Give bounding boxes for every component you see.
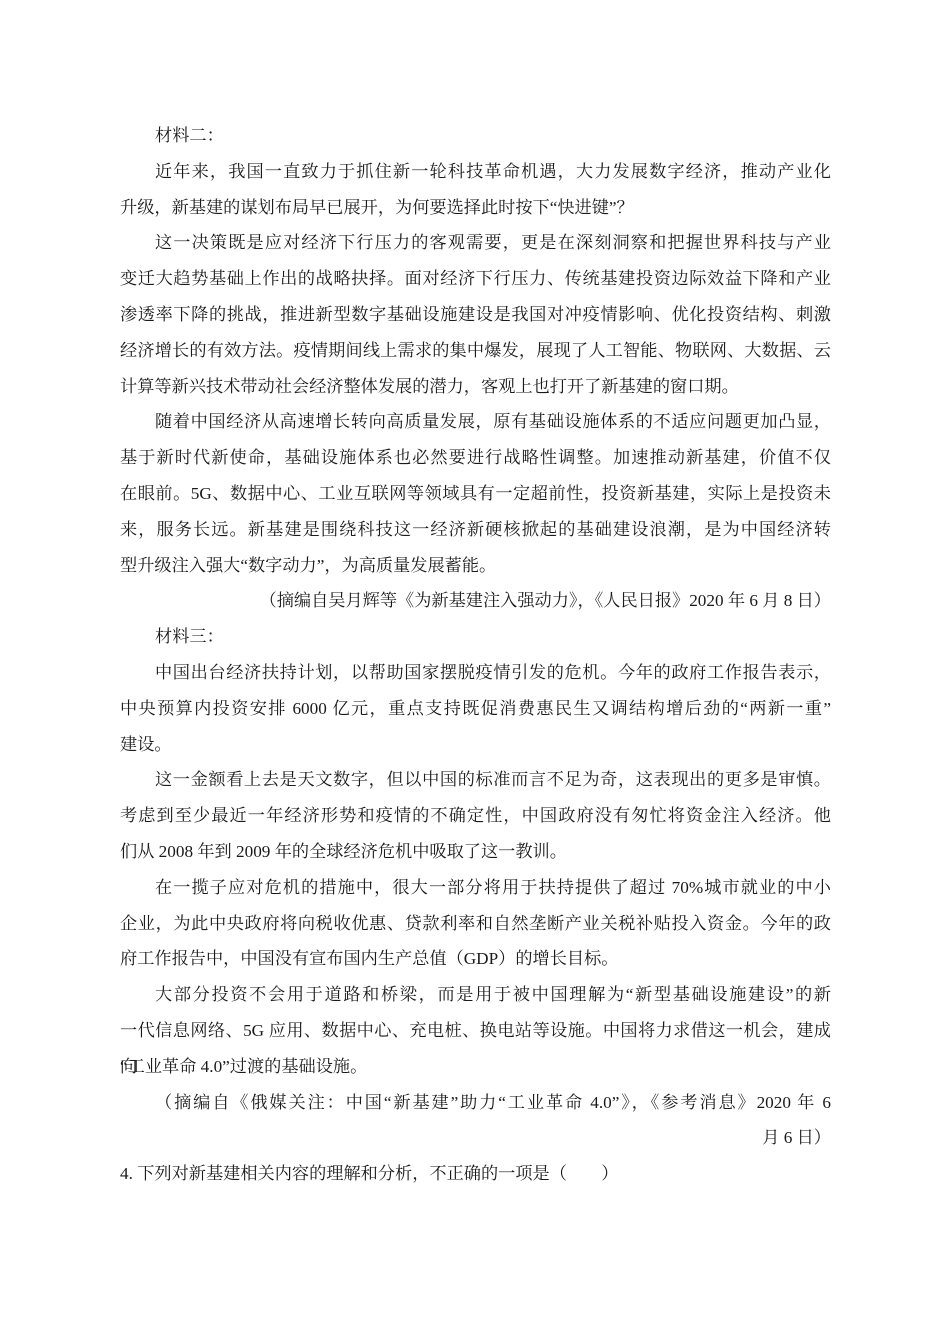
document-text-block: 材料二： 近年来，我国一直致力于抓住新一轮科技革命机遇，大力发展数字经济，推动产… [120,118,831,1192]
material-3-paragraph-line: 企业，为此中央政府将向税收优惠、贷款利率和自然垄断产业关税补贴投入资金。今年的政 [120,906,831,942]
material-2-paragraph-line: 来，服务长远。新基建是围绕科技这一经济新硬核掀起的基础建设浪潮，是为中国经济转 [120,512,831,548]
material-3-paragraph-line: 一代信息网络、5G 应用、数据中心、充电桩、换电站等设施。中国将力求借这一机会，… [120,1013,831,1049]
material-3-citation-line: 月 6 日） [120,1120,831,1156]
material-2-heading: 材料二： [120,118,831,154]
material-2-paragraph-line: 变迁大趋势基础上作出的战略抉择。面对经济下行压力、传统基建投资边际效益下降和产业 [120,261,831,297]
material-2-paragraph-line: 在眼前。5G、数据中心、工业互联网等领域具有一定超前性，投资新基建，实际上是投资… [120,476,831,512]
material-2-citation: （摘编自吴月辉等《为新基建注入强动力》，《人民日报》2020 年 6 月 8 日… [120,583,831,619]
material-3-paragraph-line: 建设。 [120,727,831,763]
material-3-paragraph-line: 们从 2008 年到 2009 年的全球经济危机中吸取了这一教训。 [120,834,831,870]
material-2-paragraph-line: 经济增长的有效方法。疫情期间线上需求的集中爆发，展现了人工智能、物联网、大数据、… [120,333,831,369]
material-3-paragraph-line: 在一揽子应对危机的措施中，很大一部分将用于扶持提供了超过 70%城市就业的中小 [120,870,831,906]
material-3-paragraph-line: 考虑到至少最近一年经济形势和疫情的不确定性，中国政府没有匆忙将资金注入经济。他 [120,798,831,834]
material-3-paragraph-line: 府工作报告中，中国没有宣布国内生产总值（GDP）的增长目标。 [120,941,831,977]
material-3-paragraph-line: 中央预算内投资安排 6000 亿元，重点支持既促消费惠民生又调结构增后劲的“两新… [120,691,831,727]
material-3-paragraph-line: “工业革命 4.0”过渡的基础设施。 [120,1049,831,1085]
material-2-paragraph-line: 这一决策既是应对经济下行压力的客观需要，更是在深刻洞察和把握世界科技与产业 [120,225,831,261]
material-3-paragraph-line: 中国出台经济扶持计划，以帮助国家摆脱疫情引发的危机。今年的政府工作报告表示， [120,655,831,691]
document-page: 材料二： 近年来，我国一直致力于抓住新一轮科技革命机遇，大力发展数字经济，推动产… [0,0,950,1344]
material-2-paragraph-line: 基于新时代新使命，基础设施体系也必然要进行战略性调整。加速推动新基建，价值不仅 [120,440,831,476]
material-2-paragraph-line: 渗透率下降的挑战，推进新型数字基础设施建设是我国对冲疫情影响、优化投资结构、刺激 [120,297,831,333]
material-2-paragraph-line: 升级，新基建的谋划布局早已展开，为何要选择此时按下“快进键”？ [120,190,831,226]
material-3-citation-line: （摘编自《俄媒关注：中国“新基建”助力“工业革命 4.0”》，《参考消息》202… [120,1085,831,1121]
material-2-paragraph-line: 近年来，我国一直致力于抓住新一轮科技革命机遇，大力发展数字经济，推动产业化 [120,154,831,190]
material-2-paragraph-line: 型升级注入强大“数字动力”，为高质量发展蓄能。 [120,548,831,584]
question-4-stem: 4. 下列对新基建相关内容的理解和分析，不正确的一项是（ ） [120,1156,831,1192]
material-2-paragraph-line: 随着中国经济从高速增长转向高质量发展，原有基础设施体系的不适应问题更加凸显， [120,404,831,440]
material-3-heading: 材料三： [120,619,831,655]
material-3-paragraph-line: 这一金额看上去是天文数字，但以中国的标准而言不足为奇，这表现出的更多是审慎。 [120,762,831,798]
material-2-paragraph-line: 计算等新兴技术带动社会经济整体发展的潜力，客观上也打开了新基建的窗口期。 [120,369,831,405]
material-3-paragraph-line: 大部分投资不会用于道路和桥梁，而是用于被中国理解为“新型基础设施建设”的新 [120,977,831,1013]
